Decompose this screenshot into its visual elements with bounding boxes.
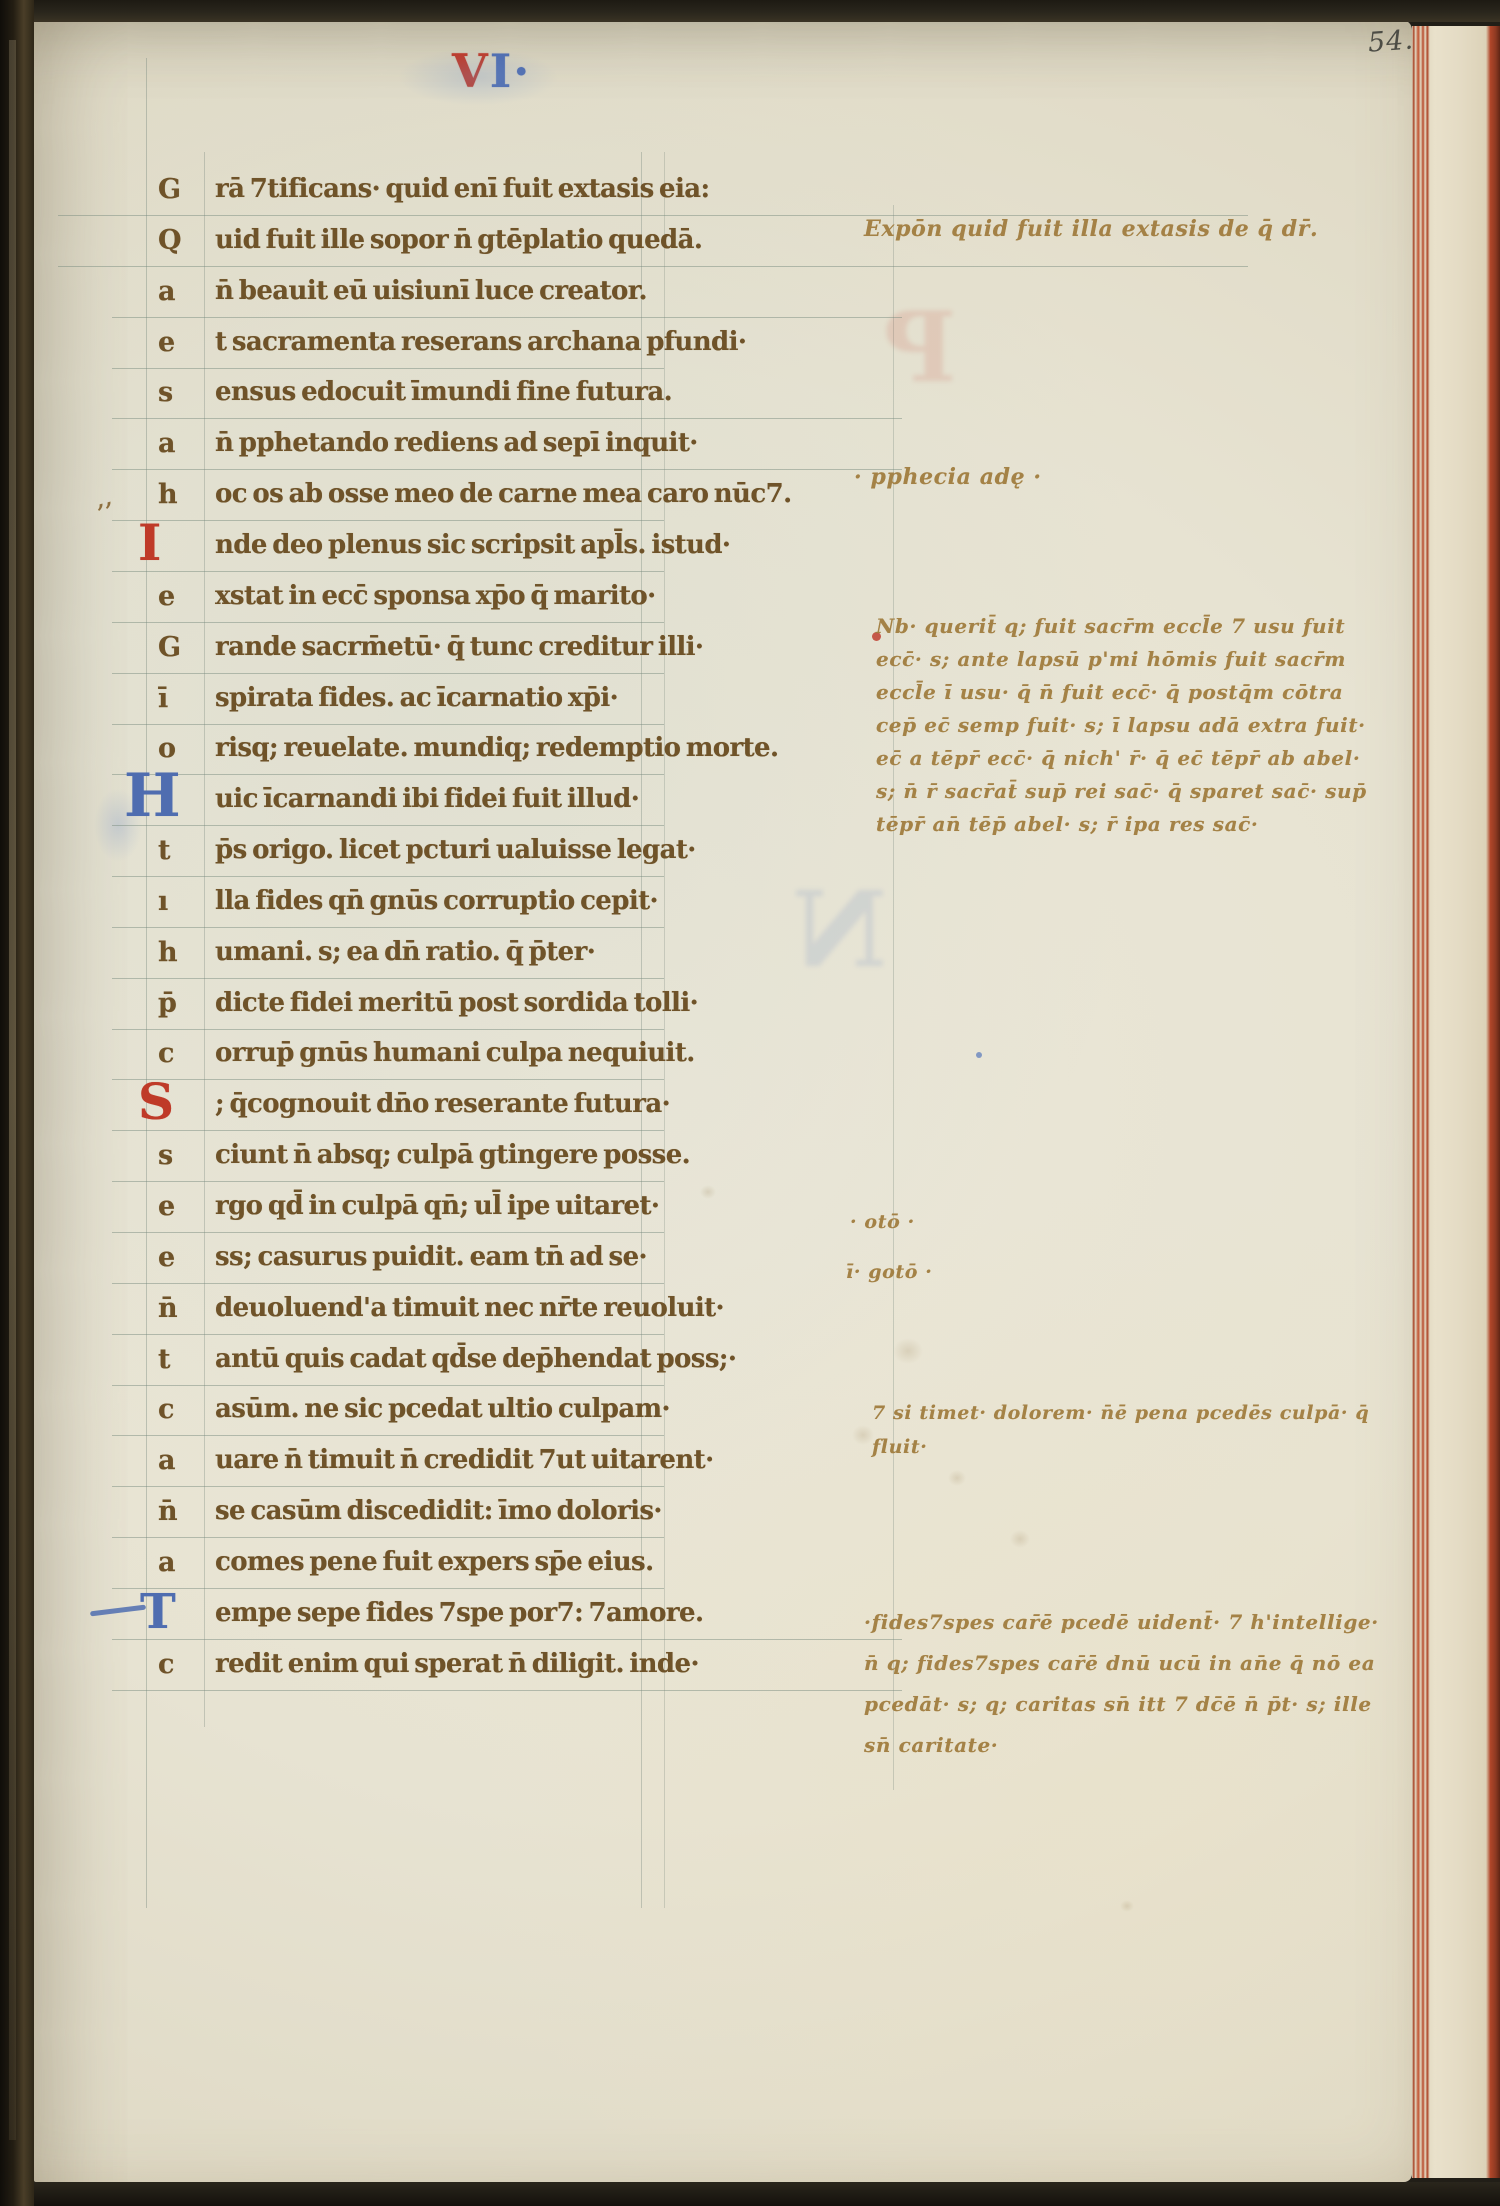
- verse-text: nde deo plenus sic scripsit apl̄s. istud…: [215, 530, 730, 560]
- verse-text: rā 7tificans· quid enī fuit extasis eia:: [215, 174, 710, 204]
- ruling-line: [112, 1537, 664, 1538]
- annotation-line: cep̄ ec̄ semp fuit· s; ī lapsu adā extra…: [876, 709, 1367, 742]
- ruling-line: [112, 724, 664, 725]
- verse-text: ; q̄cognouit dn̄o reserante futura·: [215, 1089, 670, 1119]
- heading-numeral-red: V: [452, 44, 490, 98]
- annotation-line: sn̄ caritate·: [864, 1725, 1379, 1766]
- ruling-line: [112, 1232, 664, 1233]
- ruling-line: [112, 368, 664, 369]
- verse-text: antū quis cadat qd̄se dep̄hendat poss;·: [215, 1344, 736, 1374]
- verse-text: risq; reuelate. mundiq; redemptio morte.: [215, 733, 778, 763]
- annotation-line: Nb· querit̄ q; fuit sacr̄m eccl̄e 7 usu …: [876, 610, 1367, 643]
- verse-initial: a: [158, 276, 204, 307]
- ruling-line: [112, 1385, 664, 1386]
- verse-text: comes pene fuit expers sp̄e eius.: [215, 1547, 654, 1577]
- verse-line: S; q̄cognouit dn̄o reserante futura·: [0, 1083, 1380, 1133]
- ruling-line: [112, 1334, 664, 1335]
- ruling-line: [112, 317, 902, 318]
- verse-initial: I: [138, 518, 184, 568]
- ruling-line: [112, 1283, 664, 1284]
- verse-text: deuoluend'a timuit nec nr̄te reuoluit·: [215, 1293, 724, 1323]
- verse-text: ss; casurus puidit. eam tn̄ ad se·: [215, 1242, 647, 1272]
- verse-line: p̄dicte fidei meritū post sordida tolli·: [0, 982, 1380, 1032]
- ruling-line: [112, 1079, 664, 1080]
- binding-bottom: [0, 2182, 1500, 2206]
- verse-initial: e: [158, 1191, 204, 1222]
- verse-initial: n̄: [158, 1293, 204, 1324]
- ruling-line: [58, 266, 1248, 267]
- annotation-line: ·fides7spes car̄ē pcedē uident̄· 7 h'int…: [864, 1602, 1379, 1643]
- verse-initial: e: [158, 327, 204, 358]
- verse-initial: t: [158, 1344, 204, 1375]
- verse-initial: s: [158, 377, 204, 408]
- verse-initial: n̄: [158, 1496, 204, 1527]
- verse-line: ergo qd̄ in culpā qn̄; ul̄ ipe uitaret·: [0, 1185, 1380, 1235]
- note-si-timet: 7 si timet· dolorem· n̄ē pena pcedēs cul…: [872, 1396, 1369, 1464]
- annotation-line: ī· gotō ·: [846, 1258, 932, 1286]
- ruling-line: [112, 1690, 902, 1691]
- verse-text: oc os ab osse meo de carne mea caro nūc7…: [215, 479, 792, 509]
- ruling-line: [112, 1181, 664, 1182]
- verse-text: uid fuit ille sopor n̄ gtēplatio quedā.: [215, 225, 702, 255]
- verse-text: t sacramenta reserans archana pfundi·: [215, 327, 746, 357]
- verse-line: an̄ pphetando rediens ad sepī inquit·: [0, 422, 1380, 472]
- verse-initial: c: [158, 1394, 204, 1425]
- annotation-line: fluit·: [872, 1430, 1369, 1464]
- annotation-line: ec̄ a tēpr̄ ecc̄· q̄ nich' r̄· q̄ ec̄ tē…: [876, 742, 1367, 775]
- ruling-line: [112, 774, 664, 775]
- verse-initial: G: [158, 174, 204, 205]
- verse-initial: e: [158, 581, 204, 612]
- verse-line: et sacramenta reserans archana pfundi·: [0, 321, 1380, 371]
- ruling-line: [112, 520, 664, 521]
- verse-initial: h: [158, 479, 204, 510]
- verse-text: spirata fides. ac īcarnatio xp̄i·: [215, 683, 618, 713]
- annotation-line: Expōn quid fuit illa extasis de q̄ dr̄.: [864, 214, 1318, 244]
- verse-text: ensus edocuit īmundi fine futura.: [215, 377, 672, 407]
- verse-initial: a: [158, 1445, 204, 1476]
- annotation-line: s; n̄ r̄ sacr̄at̄ sup̄ rei sac̄· q̄ spar…: [876, 775, 1367, 808]
- verse-line: humani. s; ea dn̄ ratio. q̄ p̄ter·: [0, 931, 1380, 981]
- annotation-line: · otō ·: [850, 1208, 915, 1236]
- verse-initial: S: [138, 1077, 184, 1127]
- note-extasis: Expōn quid fuit illa extasis de q̄ dr̄.: [864, 214, 1318, 244]
- verse-line: sensus edocuit īmundi fine futura.: [0, 371, 1380, 421]
- ruling-line: [112, 927, 664, 928]
- verse-line: corrup̄ gnūs humani culpa nequiuit.: [0, 1032, 1380, 1082]
- verse-text: ciunt n̄ absq; culpā gtingere posse.: [215, 1140, 690, 1170]
- verse-initial: h: [158, 937, 204, 968]
- stain: [1120, 1900, 1134, 1912]
- verse-initial: a: [158, 1547, 204, 1578]
- chapter-number-heading: VI·: [452, 44, 531, 98]
- verse-line: n̄se casūm discedidit: īmo doloris·: [0, 1490, 1380, 1540]
- annotation-line: 7 si timet· dolorem· n̄ē pena pcedēs cul…: [872, 1396, 1369, 1430]
- verse-initial: o: [158, 733, 204, 764]
- annotation-line: · pphecia adę ·: [854, 462, 1042, 492]
- verse-text: rande sacrm̄etū· q̄ tunc creditur illi·: [215, 632, 703, 662]
- verse-text: dicte fidei meritū post sordida tolli·: [215, 988, 698, 1018]
- verse-line: tantū quis cadat qd̄se dep̄hendat poss;·: [0, 1338, 1380, 1388]
- verse-initial: e: [158, 1242, 204, 1273]
- verse-initial: G: [158, 632, 204, 663]
- verse-text: rgo qd̄ in culpā qn̄; ul̄ ipe uitaret·: [215, 1191, 659, 1221]
- verse-line: Grā 7tificans· quid enī fuit extasis eia…: [0, 168, 1380, 218]
- verse-text: umani. s; ea dn̄ ratio. q̄ p̄ter·: [215, 937, 595, 967]
- ruling-line: [112, 469, 902, 470]
- ruling-line: [112, 1029, 664, 1030]
- note-otio: · otō ·: [850, 1208, 915, 1236]
- ruling-line: [112, 978, 664, 979]
- ruling-line: [112, 673, 664, 674]
- verse-text: n̄ pphetando rediens ad sepī inquit·: [215, 428, 698, 458]
- note-prophetia-ade: · pphecia adę ·: [854, 462, 1042, 492]
- heading-numeral-blue: I·: [490, 44, 532, 98]
- annotation-line: eccl̄e ī usu· q̄ n̄ fuit ecc̄· q̄ postq̄…: [876, 676, 1367, 709]
- verse-initial: c: [158, 1038, 204, 1069]
- ruling-line: [112, 1130, 664, 1131]
- annotation-line: pcedāt· s; q; caritas sn̄ itt 7 dc̄ē n̄ …: [864, 1684, 1379, 1725]
- verse-text: orrup̄ gnūs humani culpa nequiuit.: [215, 1038, 695, 1068]
- verse-initial: ı: [158, 886, 204, 917]
- verse-text: n̄ beauit eū uisiunī luce creator.: [215, 276, 647, 306]
- verse-text: asūm. ne sic pcedat ultio culpam·: [215, 1394, 670, 1424]
- verse-line: hoc os ab osse meo de carne mea caro nūc…: [0, 473, 1380, 523]
- ruling-line: [112, 1639, 902, 1640]
- gloss-sacramentum: Nb· querit̄ q; fuit sacr̄m eccl̄e 7 usu …: [876, 610, 1367, 841]
- ruling-line: [112, 571, 664, 572]
- annotation-line: ecc̄· s; ante lapsū p'mi hōmis fuit sacr…: [876, 643, 1367, 676]
- verse-initial: H: [124, 766, 170, 826]
- verse-line: an̄ beauit eū uisiunī luce creator.: [0, 270, 1380, 320]
- verse-line: ess; casurus puidit. eam tn̄ ad se·: [0, 1236, 1380, 1286]
- verse-line: ılla fides qn̄ gnūs corruptio cepit·: [0, 880, 1380, 930]
- manuscript-photo: VI· 54. P N Grā 7tificans· quid enī fuit…: [0, 0, 1500, 2206]
- ruling-line: [112, 1486, 664, 1487]
- ruling-line: [112, 876, 664, 877]
- verse-text: uare n̄ timuit n̄ credidit 7ut uitarent·: [215, 1445, 714, 1475]
- verse-text: uic īcarnandi ibi fidei fuit illud·: [215, 784, 639, 814]
- verse-initial: Q: [158, 225, 204, 256]
- ruling-line: [112, 825, 664, 826]
- ruling-line: [112, 1588, 664, 1589]
- verse-initial: c: [158, 1649, 204, 1680]
- verse-line: n̄deuoluend'a timuit nec nr̄te reuoluit·: [0, 1287, 1380, 1337]
- annotation-line: tēpr̄ an̄ tēp̄ abel· s; r̄ ipa res sac̄·: [876, 808, 1367, 841]
- annotation-line: n̄ q; fides7spes car̄ē dnū ucū in an̄e q…: [864, 1643, 1379, 1684]
- verse-initial: t: [158, 835, 204, 866]
- verse-line: acomes pene fuit expers sp̄e eius.: [0, 1541, 1380, 1591]
- gloss-fides-spes: ·fides7spes car̄ē pcedē uident̄· 7 h'int…: [864, 1602, 1379, 1766]
- verse-initial: s: [158, 1140, 204, 1171]
- initial-flourish: [90, 1604, 146, 1616]
- verse-text: lla fides qn̄ gnūs corruptio cepit·: [215, 886, 658, 916]
- verse-line: sciunt n̄ absq; culpā gtingere posse.: [0, 1134, 1380, 1184]
- folio-number: 54.: [1367, 24, 1415, 58]
- verse-text: redit enim qui sperat n̄ diligit. inde·: [215, 1649, 699, 1679]
- verse-text: se casūm discedidit: īmo doloris·: [215, 1496, 662, 1526]
- ruling-line: [112, 622, 664, 623]
- verse-text: empe sepe fides 7spe por7: 7amore.: [215, 1598, 703, 1628]
- note-negotio: ī· gotō ·: [846, 1258, 932, 1286]
- verse-line: Inde deo plenus sic scripsit apl̄s. istu…: [0, 524, 1380, 574]
- verse-initial: ī: [158, 683, 204, 714]
- ruling-line: [112, 1435, 664, 1436]
- verse-initial: p̄: [158, 988, 204, 1019]
- verse-initial: a: [158, 428, 204, 459]
- verse-text: xstat in ecc̄ sponsa xp̄o q̄ marito·: [215, 581, 656, 611]
- binding-top: [0, 0, 1500, 22]
- verse-text: p̄s origo. licet pcturi ualuisse legat·: [215, 835, 696, 865]
- ruling-line: [112, 418, 902, 419]
- verse-initial: T: [140, 1588, 186, 1636]
- red-stained-fore-edge: [1412, 26, 1500, 2178]
